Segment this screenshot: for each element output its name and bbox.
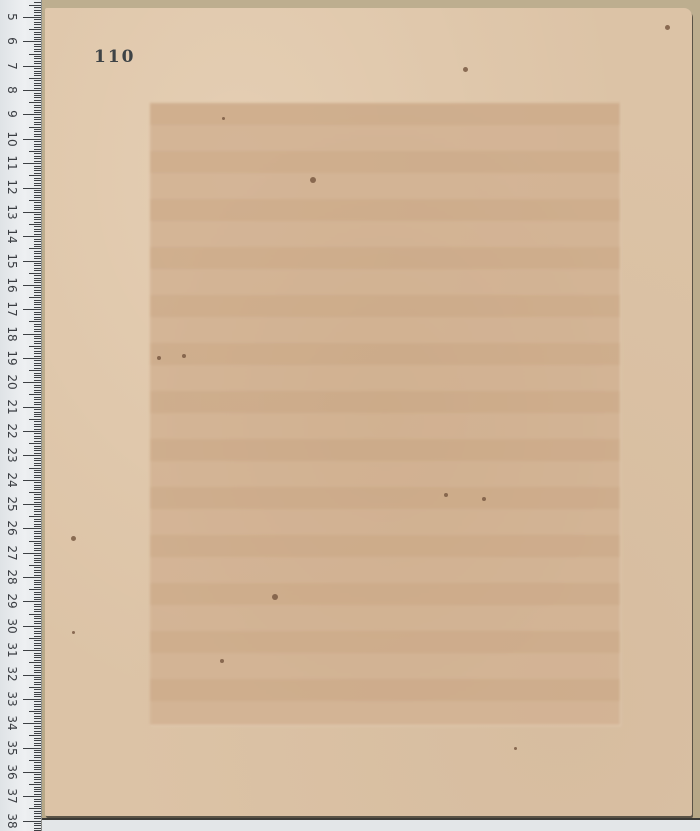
ruler-tick: [23, 334, 41, 335]
ruler-tick: [29, 200, 41, 201]
ruler-tick: [34, 317, 41, 318]
ruler-tick: [34, 51, 41, 52]
ruler-tick: [34, 348, 41, 349]
ruler-tick: [34, 611, 41, 612]
ruler-tick: [34, 97, 41, 98]
ruler-tick: [34, 485, 41, 486]
ruler-tick: [34, 769, 41, 770]
ruler-tick: [34, 27, 41, 28]
ruler-tick: [34, 487, 41, 488]
ruler-tick: [34, 470, 41, 471]
ruler-tick: [34, 811, 41, 812]
ruler-tick: [34, 438, 41, 439]
ruler-tick: [29, 224, 41, 225]
ruler-tick: [29, 808, 41, 809]
ruler-tick: [34, 823, 41, 824]
ruler-tick: [34, 258, 41, 259]
ruler-tick: [34, 207, 41, 208]
ruler-tick: [34, 441, 41, 442]
ruler-tick: [34, 146, 41, 147]
ruler-tick: [34, 93, 41, 94]
ruler-tick: [34, 173, 41, 174]
plate-offset-shadow: [150, 103, 621, 726]
ruler-tick: [34, 750, 41, 751]
ruler-tick: [34, 117, 41, 118]
ruler-tick: [34, 246, 41, 247]
ruler-tick: [34, 653, 41, 654]
ruler-tick: [29, 468, 41, 469]
ruler-tick: [34, 416, 41, 417]
ruler-tick: [34, 762, 41, 763]
ruler-tick: [34, 752, 41, 753]
ruler-tick: [34, 628, 41, 629]
ruler-tick: [34, 533, 41, 534]
ruler-tick: [34, 655, 41, 656]
ruler-tick: [34, 594, 41, 595]
ruler-tick: [34, 368, 41, 369]
ruler-tick: [34, 738, 41, 739]
ruler-tick: [34, 424, 41, 425]
ruler-tick: [34, 404, 41, 405]
ruler-tick: [34, 353, 41, 354]
ruler-tick: [34, 794, 41, 795]
ruler-tick: [34, 144, 41, 145]
ruler-tick: [34, 124, 41, 125]
ruler-tick: [34, 684, 41, 685]
ruler-label: 20: [5, 373, 19, 391]
ruler-tick: [23, 358, 41, 359]
ruler-tick: [29, 273, 41, 274]
ruler-tick: [29, 735, 41, 736]
ruler-tick: [34, 202, 41, 203]
ruler-tick: [34, 61, 41, 62]
ruler-tick: [23, 431, 41, 432]
ruler-tick: [34, 682, 41, 683]
ruler-tick: [34, 280, 41, 281]
ruler-tick: [34, 543, 41, 544]
foxing-spot: [157, 356, 161, 360]
ruler-tick: [34, 555, 41, 556]
ruler-tick: [34, 192, 41, 193]
ruler-label: 28: [5, 568, 19, 586]
ruler-tick: [34, 222, 41, 223]
ruler-tick: [34, 392, 41, 393]
ruler-tick: [23, 382, 41, 383]
ruler-tick: [34, 506, 41, 507]
ruler-tick: [34, 560, 41, 561]
ruler-tick: [34, 728, 41, 729]
ruler-tick: [34, 71, 41, 72]
scanner-bed-edge: [40, 818, 700, 831]
ruler-tick: [34, 545, 41, 546]
ruler-tick: [34, 526, 41, 527]
ruler-tick: [23, 212, 41, 213]
ruler-tick: [34, 251, 41, 252]
ruler-tick: [34, 343, 41, 344]
ruler-tick: [34, 226, 41, 227]
ruler-tick: [34, 287, 41, 288]
ruler-tick: [34, 755, 41, 756]
ruler-tick: [29, 589, 41, 590]
ruler-tick: [34, 463, 41, 464]
ruler-tick: [34, 587, 41, 588]
ruler-tick: [34, 716, 41, 717]
ruler-tick: [34, 380, 41, 381]
ruler-tick: [34, 701, 41, 702]
ruler-tick: [34, 436, 41, 437]
ruler-tick: [34, 360, 41, 361]
ruler-tick: [34, 633, 41, 634]
ruler-label: 37: [5, 787, 19, 805]
ruler-tick: [34, 524, 41, 525]
ruler-label: 21: [5, 398, 19, 416]
ruler-tick: [34, 670, 41, 671]
ruler-tick: [29, 687, 41, 688]
ruler-tick: [34, 511, 41, 512]
ruler-tick: [34, 209, 41, 210]
ruler-label: 31: [5, 641, 19, 659]
ruler-tick: [34, 706, 41, 707]
ruler-tick: [34, 37, 41, 38]
ruler-tick: [34, 499, 41, 500]
ruler-label: 36: [5, 763, 19, 781]
ruler-tick: [34, 575, 41, 576]
ruler-tick: [34, 450, 41, 451]
ruler-tick: [34, 618, 41, 619]
ruler-tick: [23, 139, 41, 140]
ruler-label: 33: [5, 690, 19, 708]
ruler-tick: [34, 149, 41, 150]
ruler-tick: [34, 178, 41, 179]
ruler-tick: [34, 494, 41, 495]
ruler-tick: [34, 636, 41, 637]
ruler-tick: [23, 163, 41, 164]
ruler-tick: [34, 562, 41, 563]
ruler-tick: [34, 696, 41, 697]
ruler-tick: [34, 713, 41, 714]
ruler-tick: [34, 39, 41, 40]
ruler-tick: [29, 394, 41, 395]
ruler-tick: [34, 270, 41, 271]
ruler-tick: [34, 789, 41, 790]
ruler-tick: [34, 604, 41, 605]
ruler-tick: [34, 816, 41, 817]
ruler-tick: [34, 801, 41, 802]
ruler-tick: [34, 195, 41, 196]
ruler-tick: [34, 743, 41, 744]
ruler-tick: [34, 307, 41, 308]
ruler-tick: [34, 548, 41, 549]
ruler-tick: [34, 24, 41, 25]
ruler-tick: [34, 536, 41, 537]
ruler-tick: [34, 567, 41, 568]
ruler-tick: [34, 570, 41, 571]
ruler-tick: [34, 168, 41, 169]
ruler-tick: [34, 122, 41, 123]
ruler-tick: [29, 614, 41, 615]
ruler-tick: [34, 828, 41, 829]
ruler-tick: [34, 219, 41, 220]
foxing-spot: [514, 747, 517, 750]
ruler-tick: [34, 799, 41, 800]
foxing-spot: [71, 536, 76, 541]
ruler-label: 6: [5, 32, 19, 50]
ruler-tick: [29, 443, 41, 444]
ruler-tick: [34, 514, 41, 515]
ruler-tick: [34, 88, 41, 89]
ruler-tick: [34, 56, 41, 57]
ruler-label: 18: [5, 325, 19, 343]
ruler-tick: [23, 528, 41, 529]
ruler-tick: [34, 448, 41, 449]
ruler-tick: [34, 482, 41, 483]
ruler-tick: [23, 188, 41, 189]
ruler-tick: [34, 263, 41, 264]
ruler-tick: [34, 112, 41, 113]
ruler-tick: [34, 667, 41, 668]
ruler-tick: [34, 331, 41, 332]
ruler-tick: [34, 153, 41, 154]
ruler-tick: [34, 256, 41, 257]
ruler-tick: [34, 131, 41, 132]
ruler-tick: [34, 779, 41, 780]
ruler-label: 16: [5, 276, 19, 294]
ruler-tick: [23, 553, 41, 554]
ruler-tick: [34, 34, 41, 35]
ruler-label: 10: [5, 130, 19, 148]
ruler-tick: [34, 509, 41, 510]
ruler-tick: [34, 44, 41, 45]
ruler-tick: [34, 818, 41, 819]
ruler-label: 27: [5, 544, 19, 562]
ruler-tick: [34, 774, 41, 775]
ruler-tick: [34, 414, 41, 415]
ruler-tick: [23, 821, 41, 822]
ruler-tick: [34, 239, 41, 240]
ruler-tick: [34, 32, 41, 33]
ruler-tick: [23, 772, 41, 773]
ruler-tick: [34, 465, 41, 466]
ruler-tick: [34, 621, 41, 622]
foxing-spot: [72, 631, 75, 634]
ruler-tick: [34, 813, 41, 814]
ruler-tick: [34, 10, 41, 11]
ruler-tick: [34, 538, 41, 539]
ruler-tick: [34, 709, 41, 710]
ruler-tick: [34, 458, 41, 459]
ruler-tick: [34, 136, 41, 137]
ruler-tick: [34, 180, 41, 181]
ruler-label: 19: [5, 349, 19, 367]
ruler-tick: [34, 648, 41, 649]
ruler-tick: [34, 49, 41, 50]
ruler-tick: [34, 95, 41, 96]
ruler-label: 14: [5, 227, 19, 245]
ruler-tick: [29, 5, 41, 6]
ruler-tick: [34, 640, 41, 641]
ruler-tick: [34, 599, 41, 600]
ruler-tick: [23, 285, 41, 286]
ruler-tick: [34, 672, 41, 673]
ruler-tick: [34, 231, 41, 232]
ruler-tick: [34, 616, 41, 617]
ruler-tick: [23, 41, 41, 42]
page-number: 110: [94, 47, 136, 67]
ruler-tick: [34, 721, 41, 722]
book-page: 110: [45, 8, 692, 816]
ruler-label: 13: [5, 203, 19, 221]
ruler-tick: [34, 365, 41, 366]
ruler-tick: [34, 205, 41, 206]
ruler-tick: [29, 29, 41, 30]
ruler-tick: [34, 399, 41, 400]
ruler-label: 8: [5, 81, 19, 99]
ruler-tick: [23, 66, 41, 67]
ruler-tick: [34, 278, 41, 279]
ruler-tick: [34, 572, 41, 573]
ruler-label: 24: [5, 471, 19, 489]
ruler-tick: [34, 356, 41, 357]
ruler-tick: [34, 402, 41, 403]
ruler-tick: [34, 472, 41, 473]
ruler-tick: [34, 645, 41, 646]
ruler-tick: [34, 253, 41, 254]
ruler-label: 38: [5, 812, 19, 830]
ruler-tick: [34, 718, 41, 719]
ruler-tick: [23, 90, 41, 91]
ruler-label: 26: [5, 519, 19, 537]
ruler-tick: [34, 58, 41, 59]
foxing-spot: [220, 659, 224, 663]
ruler-tick: [34, 83, 41, 84]
ruler-tick: [34, 689, 41, 690]
ruler-tick: [29, 419, 41, 420]
ruler-tick: [34, 75, 41, 76]
ruler-tick: [34, 502, 41, 503]
ruler-tick: [29, 54, 41, 55]
ruler-tick: [23, 699, 41, 700]
ruler-tick: [34, 244, 41, 245]
ruler-tick: [34, 740, 41, 741]
ruler-tick: [34, 161, 41, 162]
ruler-tick: [23, 309, 41, 310]
ruler-tick: [34, 550, 41, 551]
ruler-tick: [34, 521, 41, 522]
ruler-tick: [34, 22, 41, 23]
ruler-tick: [34, 7, 41, 8]
ruler-tick: [29, 297, 41, 298]
ruler-tick: [29, 541, 41, 542]
ruler-tick: [29, 151, 41, 152]
ruler-tick: [29, 321, 41, 322]
ruler-tick: [34, 804, 41, 805]
ruler-tick: [34, 426, 41, 427]
ruler-tick: [34, 806, 41, 807]
ruler-tick: [34, 290, 41, 291]
ruler-tick: [34, 302, 41, 303]
ruler-tick: [34, 460, 41, 461]
ruler-tick: [23, 723, 41, 724]
ruler-label: 35: [5, 739, 19, 757]
ruler-tick: [29, 760, 41, 761]
ruler-tick: [23, 17, 41, 18]
ruler-tick: [34, 15, 41, 16]
ruler-tick: [34, 329, 41, 330]
ruler-tick: [34, 326, 41, 327]
ruler-tick: [34, 777, 41, 778]
ruler-tick: [23, 577, 41, 578]
ruler-tick: [29, 638, 41, 639]
ruler-tick: [34, 234, 41, 235]
ruler-tick: [34, 397, 41, 398]
ruler-tick: [23, 407, 41, 408]
ruler-tick: [34, 166, 41, 167]
ruler-tick: [23, 114, 41, 115]
ruler-label: 11: [5, 154, 19, 172]
ruler-tick: [34, 477, 41, 478]
ruler-label: 22: [5, 422, 19, 440]
ruler-label: 5: [5, 8, 19, 26]
ruler-tick: [34, 657, 41, 658]
foxing-spot: [272, 594, 278, 600]
ruler-tick: [34, 275, 41, 276]
ruler-tick: [23, 504, 41, 505]
ruler-tick: [34, 767, 41, 768]
ruler-tick: [29, 370, 41, 371]
ruler-tick: [23, 480, 41, 481]
ruler-tick: [34, 2, 41, 3]
ruler-tick: [34, 107, 41, 108]
foxing-spot: [222, 117, 225, 120]
ruler-tick: [34, 351, 41, 352]
ruler-tick: [34, 765, 41, 766]
ruler-tick: [34, 497, 41, 498]
ruler-tick: [34, 606, 41, 607]
ruler-tick: [34, 100, 41, 101]
ruler-tick: [34, 300, 41, 301]
ruler-label: 23: [5, 446, 19, 464]
ruler-tick: [34, 580, 41, 581]
ruler-label: 30: [5, 617, 19, 635]
ruler-tick: [34, 197, 41, 198]
ruler-label: 32: [5, 665, 19, 683]
ruler-tick: [34, 677, 41, 678]
ruler-tick: [29, 346, 41, 347]
ruler-tick: [23, 796, 41, 797]
ruler-tick: [34, 292, 41, 293]
ruler-tick: [34, 592, 41, 593]
ruler-tick: [34, 584, 41, 585]
ruler-tick: [34, 453, 41, 454]
ruler-tick: [34, 704, 41, 705]
foxing-spot: [310, 177, 316, 183]
ruler-label: 17: [5, 300, 19, 318]
ruler-tick: [34, 377, 41, 378]
ruler-tick: [34, 304, 41, 305]
ruler-tick: [34, 265, 41, 266]
ruler-tick: [34, 412, 41, 413]
foxing-spot: [463, 67, 468, 72]
ruler-tick: [34, 73, 41, 74]
ruler-tick: [34, 787, 41, 788]
ruler-label: 25: [5, 495, 19, 513]
ruler-tick: [34, 12, 41, 13]
ruler-tick: [34, 643, 41, 644]
ruler-tick: [34, 268, 41, 269]
ruler-tick: [34, 63, 41, 64]
ruler-tick: [29, 516, 41, 517]
ruler-tick: [34, 679, 41, 680]
